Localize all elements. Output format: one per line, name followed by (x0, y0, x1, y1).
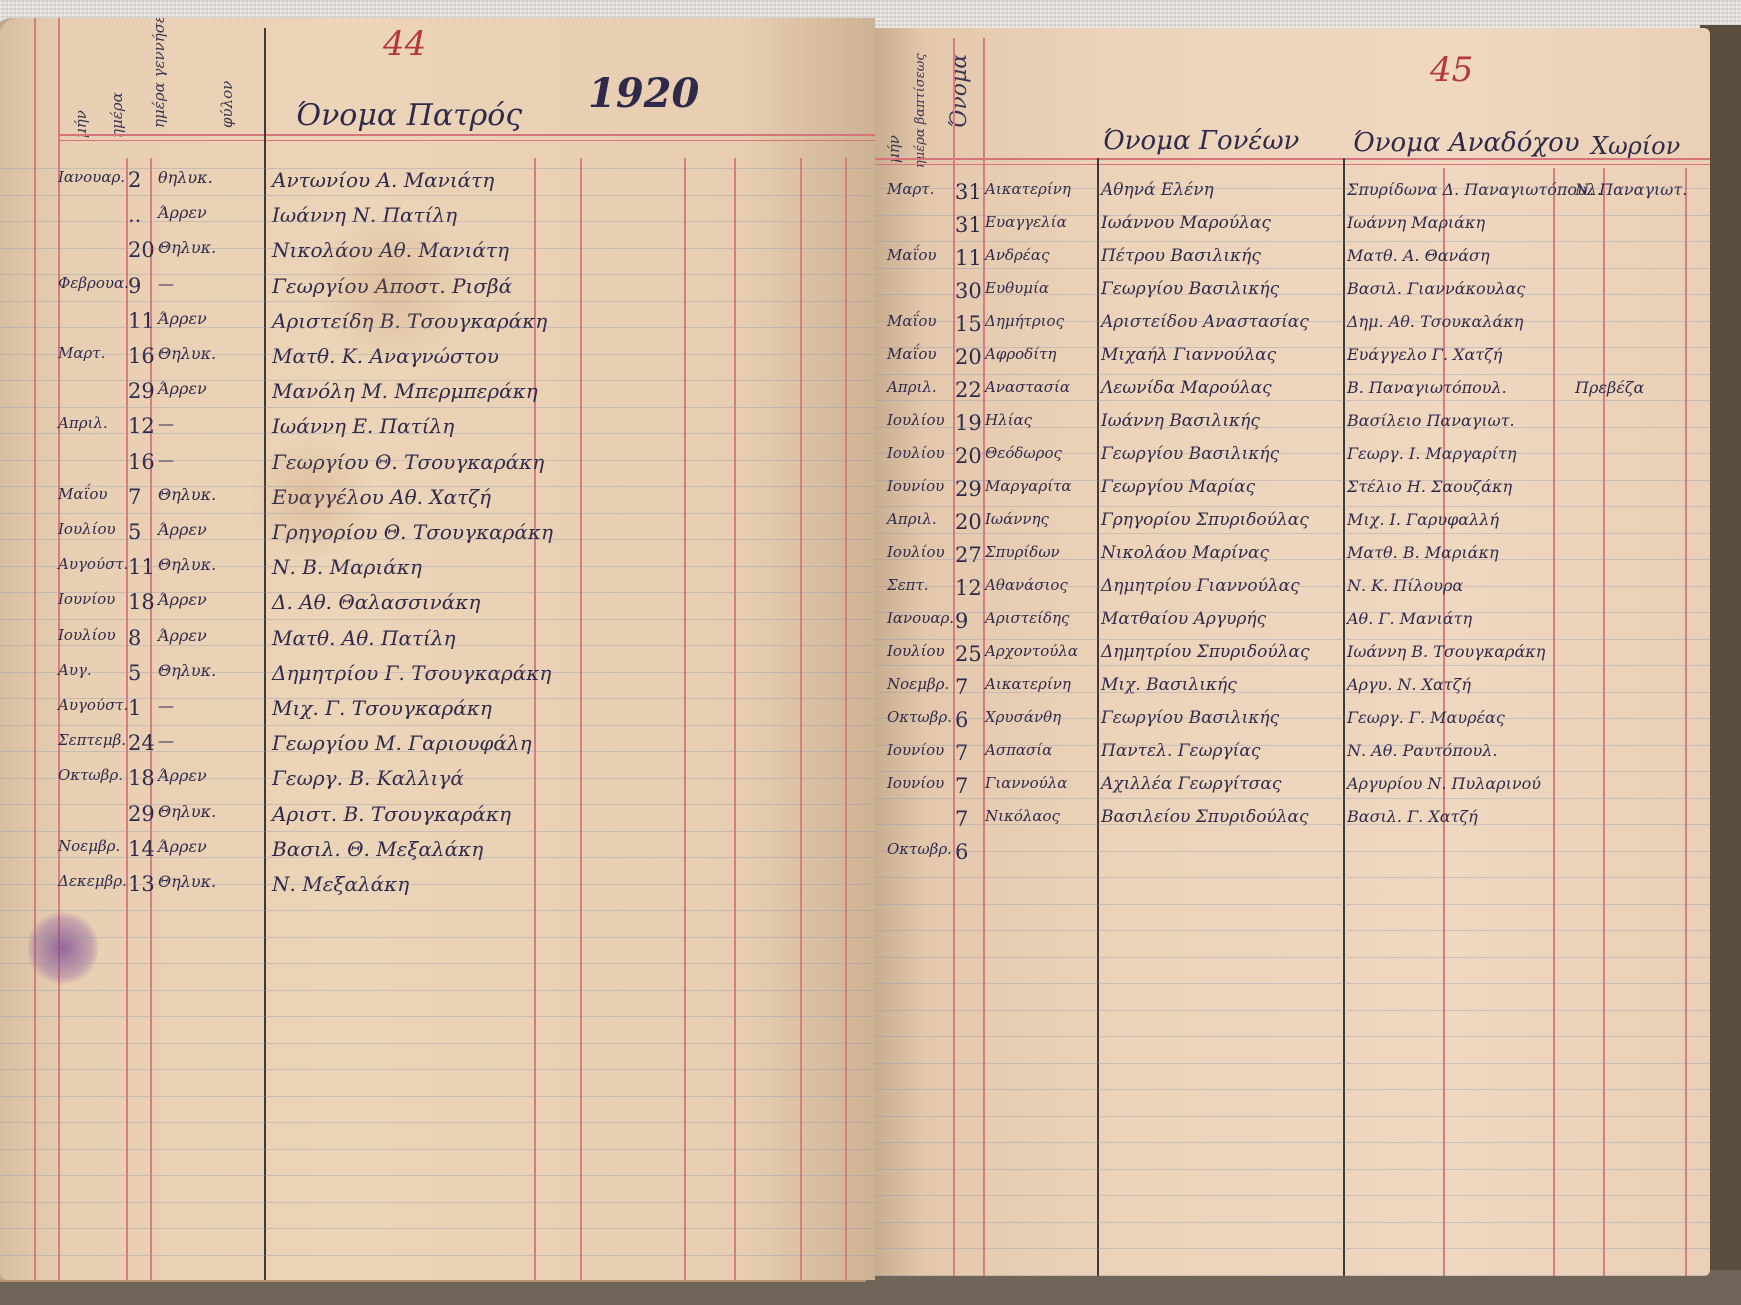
register-row: Ιουλίου27ΣπυρίδωνΝικολάου ΜαρίναςΜατθ. Β… (875, 543, 1710, 577)
cell-month: Αυγούστ. (58, 555, 128, 573)
register-row: Αυγ.5Θηλυκ.Δημητρίου Γ. Τσουγκαράκη (0, 661, 875, 695)
cell-day: 29 (128, 379, 155, 403)
ruled-line (0, 168, 875, 169)
ruled-line (0, 486, 875, 487)
cell-name: Αικατερίνη (985, 675, 1071, 693)
cell-name: Αναστασία (985, 378, 1070, 396)
cell-parents: Αχιλλέα Γεωργίτσας (1101, 774, 1281, 794)
ruled-line (0, 380, 875, 381)
ruled-line (875, 1063, 1710, 1064)
cell-month: Μαΐου (58, 485, 108, 503)
ruled-line (875, 1248, 1710, 1249)
ruled-line (0, 698, 875, 699)
ruled-line (0, 1122, 875, 1123)
ruled-line (0, 566, 875, 567)
register-row: Νοεμβρ.14ΆρρενΒασιλ. Θ. Μεξαλάκη (0, 837, 875, 871)
cell-month: Ιουνίου (58, 590, 115, 608)
cell-month: Ιουλίου (58, 626, 116, 644)
left-page: 44 Όνομα Πατρός 1920 μήν ημέρα ημέρα γεν… (0, 18, 875, 1280)
cell-day: 20 (955, 510, 982, 534)
ruled-line (0, 725, 875, 726)
cell-sex: Άρρεν (158, 766, 207, 785)
cell-father: Μανόλη Μ. Μπερμπεράκη (272, 379, 538, 403)
cell-sex: Άρρεν (158, 309, 207, 328)
cell-parents: Αθηνά Ελένη (1101, 180, 1214, 200)
register-row: Μαρτ.31ΑικατερίνηΑθηνά ΕλένηΣπυρίδωνα Δ.… (875, 180, 1710, 214)
cell-day: 6 (955, 708, 968, 732)
cell-day: 25 (955, 642, 982, 666)
cell-father: Δημητρίου Γ. Τσουγκαράκη (272, 661, 551, 685)
cell-godparent: Μιχ. Ι. Γαρυφαλλή (1347, 510, 1499, 529)
register-row: Ιουνίου7ΓιαννούλαΑχιλλέα ΓεωργίτσαςΑργυρ… (875, 774, 1710, 808)
ruled-line (0, 672, 875, 673)
register-row: Ιουλίου5ΆρρενΓρηγορίου Θ. Τσουγκαράκη (0, 520, 875, 554)
cell-day: 6 (955, 840, 968, 864)
cell-day: 9 (128, 274, 141, 298)
ruled-line (875, 559, 1710, 560)
cell-day: 12 (128, 414, 155, 438)
cell-month: Αυγ. (58, 661, 92, 679)
cell-parents: Δημητρίου Σπυριδούλας (1101, 642, 1310, 662)
cell-month: Οκτωβρ. (58, 766, 123, 784)
ruled-line (0, 195, 875, 196)
ruled-line (0, 513, 875, 514)
register-row: Οκτωβρ.6ΧρυσάνθηΓεωργίου ΒασιλικήςΓεωργ.… (875, 708, 1710, 742)
cell-month: Δεκεμβρ. (58, 872, 127, 890)
cell-month: Απριλ. (887, 378, 937, 396)
register-row: Αυγούστ.11Θηλυκ.Ν. Β. Μαριάκη (0, 555, 875, 589)
cell-father: Ν. Β. Μαριάκη (272, 555, 422, 579)
cell-godparent: Ματθ. Α. Θανάση (1347, 246, 1490, 265)
cell-month: Απριλ. (887, 510, 937, 528)
register-row: 30ΕυθυμίαΓεωργίου ΒασιλικήςΒασιλ. Γιαννά… (875, 279, 1710, 313)
ruled-line (875, 983, 1710, 984)
register-row: Οκτωβρ.18ΆρρενΓεωργ. Β. Καλλιγά (0, 766, 875, 800)
ruled-line (875, 347, 1710, 348)
cell-day: 31 (955, 180, 982, 204)
cell-parents: Γρηγορίου Σπυριδούλας (1101, 510, 1309, 530)
ruled-line (0, 1043, 875, 1044)
cell-sex: — (158, 731, 174, 750)
column-header-father-name: Όνομα Πατρός (296, 98, 522, 133)
ruled-line (875, 533, 1710, 534)
column-header-sex: φύλον (218, 81, 236, 128)
cell-month: Οκτωβρ. (887, 708, 952, 726)
cell-month: Σεπτεμβ. (58, 731, 126, 749)
cell-godparent: Αργυρίου Ν. Πυλαρινού (1347, 774, 1541, 793)
cell-day: 5 (128, 520, 141, 544)
ruled-line (875, 824, 1710, 825)
ruled-line (875, 1275, 1710, 1276)
cell-day: 20 (955, 345, 982, 369)
cell-godparent: Βασιλ. Γιαννάκουλας (1347, 279, 1525, 298)
cell-sex: Άρρεν (158, 203, 207, 222)
cell-parents: Γεωργίου Βασιλικής (1101, 279, 1279, 299)
register-row: Ιουνίου7ΑσπασίαΠαντελ. ΓεωργίαςΝ. Αθ. Ρα… (875, 741, 1710, 775)
cell-village: Ν. Παναγιωτ. (1575, 180, 1687, 199)
ruled-line (875, 1036, 1710, 1037)
cell-day: 11 (128, 555, 155, 579)
cell-name: Γιαννούλα (985, 774, 1067, 792)
cell-sex: θηλυκ. (158, 168, 213, 187)
ruled-line (875, 718, 1710, 719)
cell-sex: Άρρεν (158, 520, 207, 539)
cell-village: Πρεβέζα (1575, 378, 1644, 397)
cell-day: 2 (128, 168, 141, 192)
ink-stain (28, 908, 98, 988)
ruled-line (0, 1016, 875, 1017)
cell-day: 1 (128, 696, 141, 720)
header-rule (875, 158, 1710, 160)
ruled-line (0, 1149, 875, 1150)
ruled-line (0, 327, 875, 328)
cell-day: 18 (128, 590, 155, 614)
cell-day: 22 (955, 378, 982, 402)
register-row: Απριλ.12—Ιωάννη Ε. Πατίλη (0, 414, 875, 448)
cell-day: 11 (128, 309, 155, 333)
ruled-line (0, 1202, 875, 1203)
cell-day: 7 (955, 675, 968, 699)
register-row: Μαΐου11ΑνδρέαςΠέτρου ΒασιλικήςΜατθ. Α. Θ… (875, 246, 1710, 280)
page-number: 44 (383, 24, 426, 64)
register-year: 1920 (588, 70, 699, 117)
register-row: 16—Γεωργίου Θ. Τσουγκαράκη (0, 450, 875, 484)
ruled-line (0, 963, 875, 964)
cell-sex: Άρρεν (158, 626, 207, 645)
cell-father: Μιχ. Γ. Τσουγκαράκη (272, 696, 492, 720)
ruled-line (875, 400, 1710, 401)
ruled-line (0, 778, 875, 779)
ruled-line (875, 294, 1710, 295)
ruled-line (0, 645, 875, 646)
cell-father: Ιωάννη Ε. Πατίλη (272, 414, 454, 438)
register-row: 29ΆρρενΜανόλη Μ. Μπερμπεράκη (0, 379, 875, 413)
ruled-line (0, 619, 875, 620)
header-rule (60, 134, 875, 136)
column-header-day: ημέρα (108, 92, 126, 138)
cell-name: Αρχοντούλα (985, 642, 1078, 660)
register-row: Δεκεμβρ.13Θηλυκ.Ν. Μεξαλάκη (0, 872, 875, 906)
ruled-line (875, 268, 1710, 269)
ruled-line (0, 433, 875, 434)
cell-sex: — (158, 274, 174, 293)
ruled-line (0, 937, 875, 938)
cell-day: 30 (955, 279, 982, 303)
cell-day: 29 (128, 802, 155, 826)
cell-day: 5 (128, 661, 141, 685)
ruled-line (875, 241, 1710, 242)
column-header-parents: Όνομα Γονέων (1103, 126, 1299, 156)
ruled-line (875, 904, 1710, 905)
ruled-line (875, 957, 1710, 958)
column-header-godparent: Όνομα Αναδόχου (1353, 128, 1580, 158)
cell-name: Ευαγγελία (985, 213, 1067, 231)
cell-sex: Θηλυκ. (158, 872, 216, 891)
cell-day: 11 (955, 246, 982, 270)
page-number: 45 (1430, 50, 1473, 90)
cell-parents: Ιωάννου Μαρούλας (1101, 213, 1271, 233)
cell-month: Φεβρουα. (58, 274, 129, 292)
register-row: Σεπτεμβ.24—Γεωργίου Μ. Γαριουφάλη (0, 731, 875, 765)
ruled-line (875, 1116, 1710, 1117)
register-row: Σεπτ.12ΑθανάσιοςΔημητρίου ΓιαννούλαςΝ. Κ… (875, 576, 1710, 610)
ruled-line (0, 407, 875, 408)
ruled-line (0, 910, 875, 911)
age-spot (240, 438, 380, 558)
cell-name: Χρυσάνθη (985, 708, 1061, 726)
cell-godparent: Ιωάννη Μαριάκη (1347, 213, 1485, 232)
cell-parents: Αριστείδου Αναστασίας (1101, 312, 1309, 332)
cell-father: Αντωνίου Α. Μανιάτη (272, 168, 494, 192)
cell-parents: Νικολάου Μαρίνας (1101, 543, 1269, 563)
register-row: Απριλ.20ΙωάννηςΓρηγορίου ΣπυριδούλαςΜιχ.… (875, 510, 1710, 544)
cell-name: Ιωάννης (985, 510, 1049, 528)
ruled-line (875, 188, 1710, 189)
register-row: Ιουλίου8ΆρρενΜατθ. Αθ. Πατίλη (0, 626, 875, 660)
cell-godparent: Δημ. Αθ. Τσουκαλάκη (1347, 312, 1523, 331)
cell-month: Οκτωβρ. (887, 840, 952, 858)
ruled-line (875, 745, 1710, 746)
column-header-village: Χωρίον (1591, 132, 1680, 160)
cell-month: Απριλ. (58, 414, 108, 432)
cell-parents: Ιωάννη Βασιλικής (1101, 411, 1260, 431)
cell-month: Νοεμβρ. (58, 837, 120, 855)
ruled-line (0, 539, 875, 540)
cell-day: 7 (955, 774, 968, 798)
cell-day: 16 (128, 344, 155, 368)
ruled-line (0, 831, 875, 832)
ruled-line (0, 274, 875, 275)
column-header-name: Όνομα (947, 54, 972, 128)
cell-month: Ιανουαρ. (58, 168, 125, 186)
cell-sex: Άρρεν (158, 379, 207, 398)
ruled-line (0, 301, 875, 302)
cell-father: Δ. Αθ. Θαλασσινάκη (272, 590, 480, 614)
cell-day: 29 (955, 477, 982, 501)
ruled-line (875, 1222, 1710, 1223)
cell-name: Νικόλαος (985, 807, 1060, 825)
cell-day: 12 (955, 576, 982, 600)
ruled-line (875, 851, 1710, 852)
cell-godparent: Ιωάννη Β. Τσουγκαράκη (1347, 642, 1545, 661)
ruled-line (0, 884, 875, 885)
ruled-line (875, 1142, 1710, 1143)
register-row: Μαρτ.16Θηλυκ.Ματθ. Κ. Αναγνώστου (0, 344, 875, 378)
cell-name: Αικατερίνη (985, 180, 1071, 198)
cell-sex: Άρρεν (158, 837, 207, 856)
header-rule-thin (60, 140, 875, 141)
ruled-line (875, 771, 1710, 772)
ruled-line (0, 1228, 875, 1229)
ruled-line (0, 804, 875, 805)
cell-day: 19 (955, 411, 982, 435)
ruled-line (0, 1069, 875, 1070)
ruled-line (875, 877, 1710, 878)
register-row: Ιουλίου20ΘεόδωροςΓεωργίου ΒασιλικήςΓεωργ… (875, 444, 1710, 478)
ruled-line (0, 221, 875, 222)
cell-sex: — (158, 414, 174, 433)
cell-day: 7 (955, 807, 968, 831)
header-rule-thin (875, 164, 1710, 165)
cell-sex: Θηλυκ. (158, 485, 216, 504)
age-spot (300, 218, 480, 358)
register-row: Ιουλίου19ΗλίαςΙωάννη ΒασιλικήςΒασίλειο Π… (875, 411, 1710, 445)
register-row: Μαΐου7Θηλυκ.Ευαγγέλου Αθ. Χατζή (0, 485, 875, 519)
cell-day: .. (128, 203, 141, 227)
cell-day: 27 (955, 543, 982, 567)
ruled-line (875, 453, 1710, 454)
ruled-line (0, 751, 875, 752)
cell-month: Ιουνίου (887, 774, 944, 792)
ruled-line (875, 1010, 1710, 1011)
ruled-line (875, 639, 1710, 640)
cell-parents: Λεωνίδα Μαρούλας (1101, 378, 1272, 398)
ruled-line (0, 1175, 875, 1176)
ruled-line (875, 930, 1710, 931)
cell-day: 20 (955, 444, 982, 468)
ruled-line (875, 506, 1710, 507)
ruled-line (875, 321, 1710, 322)
cell-godparent: Β. Παναγιωτόπουλ. (1347, 378, 1507, 397)
cell-godparent: Σπυρίδωνα Δ. Παναγιωτόπουλ. (1347, 180, 1602, 199)
ruled-line (0, 592, 875, 593)
ruled-line (875, 692, 1710, 693)
ruled-line (875, 1089, 1710, 1090)
cell-sex: Θηλυκ. (158, 661, 216, 680)
cell-day: 20 (128, 238, 155, 262)
ruled-line (0, 1096, 875, 1097)
register-row: Ιουλίου25ΑρχοντούλαΔημητρίου Σπυριδούλας… (875, 642, 1710, 676)
ruled-line (875, 665, 1710, 666)
ruled-line (0, 460, 875, 461)
column-header-birth-day: ημέρα γεννήσεως (150, 18, 168, 128)
cell-parents: Μιχαήλ Γιαννούλας (1101, 345, 1276, 365)
cell-day: 16 (128, 450, 155, 474)
cell-parents: Πέτρου Βασιλικής (1101, 246, 1261, 266)
ruled-line (0, 990, 875, 991)
cell-month: Ιουλίου (887, 642, 945, 660)
ruled-line (875, 427, 1710, 428)
ruled-line (875, 374, 1710, 375)
ruled-line (0, 1255, 875, 1256)
column-header-baptism-day: ημέρα βαπτίσεως (913, 53, 928, 168)
cell-name: Ανδρέας (985, 246, 1049, 264)
cell-parents: Γεωργίου Βασιλικής (1101, 444, 1279, 464)
cell-month: Μαΐου (887, 246, 937, 264)
register-row: Μαΐου15ΔημήτριοςΑριστείδου ΑναστασίαςΔημ… (875, 312, 1710, 346)
cell-sex: Άρρεν (158, 590, 207, 609)
ruled-line (875, 586, 1710, 587)
cell-month: Μαρτ. (887, 180, 934, 198)
register-row: Οκτωβρ.6 (875, 840, 1710, 874)
ruled-line (0, 248, 875, 249)
ruled-line (875, 798, 1710, 799)
register-row: Ιανουαρ.2θηλυκ.Αντωνίου Α. Μανιάτη (0, 168, 875, 202)
cell-day: 15 (955, 312, 982, 336)
ruled-line (0, 857, 875, 858)
ruled-line (0, 354, 875, 355)
ruled-line (875, 612, 1710, 613)
cell-month: Νοεμβρ. (887, 675, 949, 693)
ruled-line (875, 480, 1710, 481)
ruled-line (875, 1169, 1710, 1170)
ruled-line (875, 1195, 1710, 1196)
right-page: 45 μήν ημέρα βαπτίσεως Όνομα Όνομα Γονέω… (875, 28, 1710, 1276)
register-row: Απριλ.22ΑναστασίαΛεωνίδα ΜαρούλαςΒ. Πανα… (875, 378, 1710, 412)
cell-day: 31 (955, 213, 982, 237)
cell-month: Ιουλίου (58, 520, 116, 538)
cell-day: 7 (128, 485, 141, 509)
ruled-line (875, 215, 1710, 216)
cell-father: Αριστ. Β. Τσουγκαράκη (272, 802, 511, 826)
